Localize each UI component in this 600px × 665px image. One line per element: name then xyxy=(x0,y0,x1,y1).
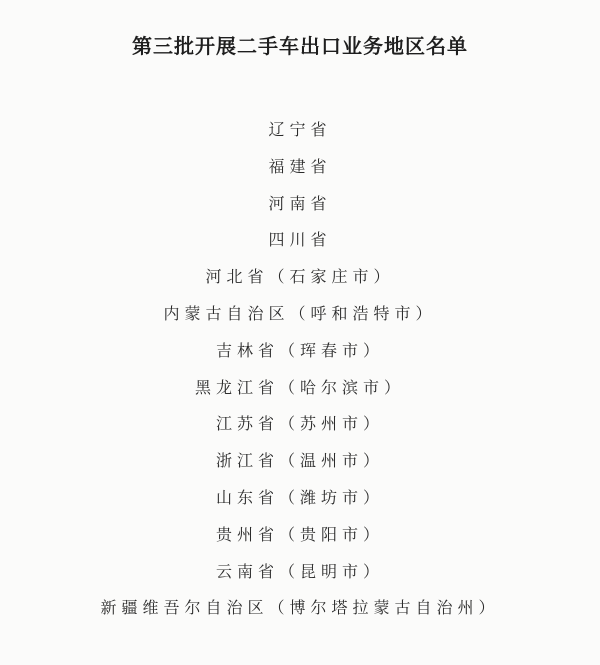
region-list: 辽宁省 福建省 河南省 四川省 河北省（石家庄市） 内蒙古自治区（呼和浩特市） … xyxy=(0,112,600,627)
region-item: 辽宁省 xyxy=(0,112,600,149)
region-item: 河北省（石家庄市） xyxy=(0,259,600,296)
region-item: 山东省（潍坊市） xyxy=(0,480,600,517)
region-item: 吉林省（珲春市） xyxy=(0,333,600,370)
region-item: 江苏省（苏州市） xyxy=(0,406,600,443)
region-item: 云南省（昆明市） xyxy=(0,554,600,591)
region-item: 贵州省（贵阳市） xyxy=(0,517,600,554)
region-item: 四川省 xyxy=(0,222,600,259)
document-title: 第三批开展二手车出口业务地区名单 xyxy=(0,30,600,59)
region-item: 浙江省（温州市） xyxy=(0,443,600,480)
region-item: 福建省 xyxy=(0,149,600,186)
region-item: 黑龙江省（哈尔滨市） xyxy=(0,370,600,407)
region-item: 河南省 xyxy=(0,186,600,223)
region-item: 新疆维吾尔自治区（博尔塔拉蒙古自治州） xyxy=(0,590,600,627)
region-item: 内蒙古自治区（呼和浩特市） xyxy=(0,296,600,333)
